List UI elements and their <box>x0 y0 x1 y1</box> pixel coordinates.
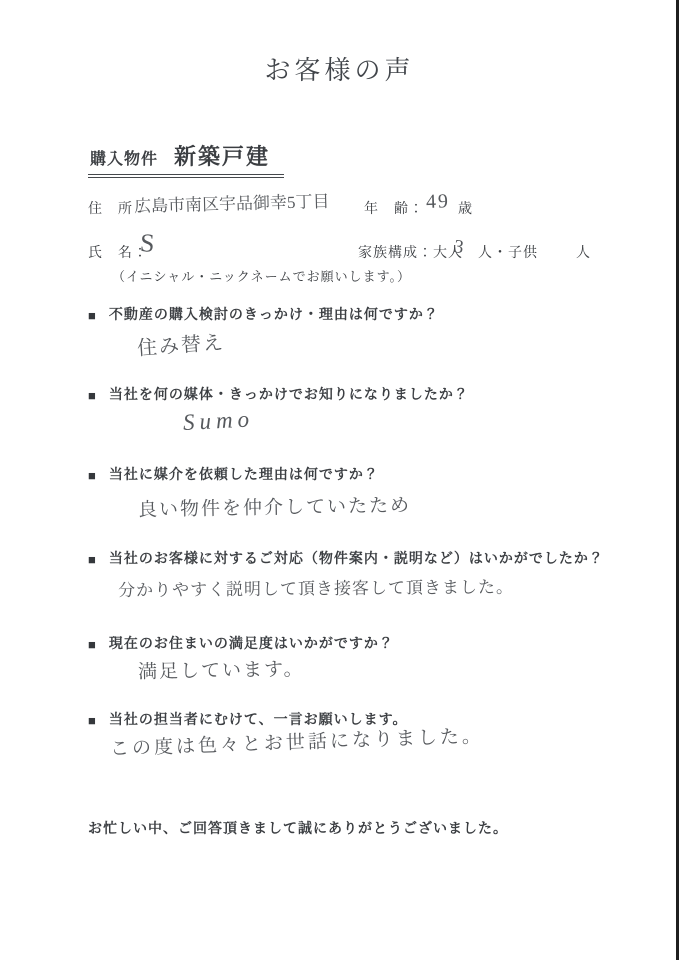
family-adults-handwritten-value: 3 <box>452 236 464 259</box>
question-2: ■ 当社を何の媒体・きっかけでお知りになりましたか？ <box>88 386 469 405</box>
scanned-survey-page: お客様の声 購入物件新築戸建 住 所： 広島市南区宇品御幸5丁目 年 齢： 49… <box>0 0 679 960</box>
question-2-label: 当社を何の媒体・きっかけでお知りになりましたか？ <box>109 386 469 405</box>
answer-1-handwritten: 住み替え <box>136 326 226 361</box>
question-1: ■ 不動産の購入検討のきっかけ・理由は何ですか？ <box>88 306 439 325</box>
family-children-unit-label: 人 <box>576 242 591 262</box>
square-bullet-icon: ■ <box>88 635 96 654</box>
square-bullet-icon: ■ <box>88 711 96 730</box>
question-3-label: 当社に媒介を依頼した理由は何ですか？ <box>109 466 379 485</box>
square-bullet-icon: ■ <box>88 550 96 569</box>
initial-nickname-note: （イニシャル・ニックネームでお願いします。） <box>112 266 411 285</box>
family-children-label: 人・子供 <box>478 242 538 262</box>
square-bullet-icon: ■ <box>88 306 96 325</box>
square-bullet-icon: ■ <box>88 466 96 485</box>
purchased-property-field: 購入物件新築戸建 <box>88 140 284 178</box>
question-5-label: 現在のお住まいの満足度はいかがですか？ <box>109 635 394 654</box>
answer-3-handwritten: 良い物件を仲介していたため <box>138 490 411 522</box>
question-1-label: 不動産の購入検討のきっかけ・理由は何ですか？ <box>109 306 439 325</box>
family-structure-label: 家族構成：大人 <box>358 242 463 262</box>
page-title: お客様の声 <box>0 50 679 87</box>
property-type-value: 新築戸建 <box>174 144 270 169</box>
age-unit-label: 歳 <box>458 198 473 218</box>
question-4: ■ 当社のお客様に対するご対応（物件案内・説明など）はいかがでしたか？ <box>88 550 604 569</box>
name-handwritten-value: S <box>139 228 156 259</box>
question-5: ■ 現在のお住まいの満足度はいかがですか？ <box>88 635 394 654</box>
age-label: 年 齢： <box>364 198 424 218</box>
answer-5-handwritten: 満足しています。 <box>138 654 305 684</box>
property-type-label: 購入物件 <box>90 151 158 168</box>
address-handwritten-value: 広島市南区宇品御幸5丁目 <box>134 187 330 217</box>
question-3: ■ 当社に媒介を依頼した理由は何ですか？ <box>88 466 379 485</box>
answer-4-handwritten: 分かりやすく説明して頂き接客して頂きました。 <box>118 573 514 601</box>
answer-2-handwritten: Sumo <box>182 406 254 436</box>
thank-you-note: お忙しい中、ご回答頂きまして誠にありがとうございました。 <box>88 818 508 838</box>
square-bullet-icon: ■ <box>88 386 96 405</box>
age-handwritten-value: 49 <box>426 190 451 214</box>
question-4-label: 当社のお客様に対するご対応（物件案内・説明など）はいかがでしたか？ <box>109 550 604 569</box>
